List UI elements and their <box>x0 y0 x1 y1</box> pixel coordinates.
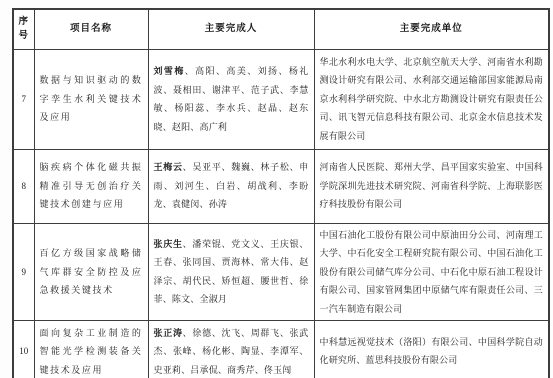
awards-table: 序号 项目名称 主要完成人 主要完成单位 7 数据与知识驱动的数字孪生水利关键技… <box>12 8 550 378</box>
project-name-cell: 数据与知识驱动的数字孪生水利关键技术及应用 <box>34 49 148 149</box>
col-header-units: 主要完成单位 <box>314 9 549 49</box>
contributors-cell: 张正涛、徐德、沈飞、周群飞、张武杰、张峰、杨化彬、陶显、李潭军、史亚莉、吕承侃、… <box>148 321 314 378</box>
col-header-contributors: 主要完成人 <box>148 9 314 49</box>
table-row: 7 数据与知识驱动的数字孪生水利关键技术及应用 刘雪梅、高阳、高美、刘扬、杨礼波… <box>13 49 549 149</box>
lead-contributor: 张正涛 <box>154 328 183 338</box>
units-cell: 中国石油化工股份有限公司中原油田分公司、河南理工大学、中石化安全工程研究院有限公… <box>314 223 549 321</box>
table-row: 10 面向复杂工业制造的智能光学检测装备关键技术及应用 张正涛、徐德、沈飞、周群… <box>13 321 549 378</box>
lead-contributor: 刘雪梅 <box>154 66 185 76</box>
project-name-cell: 脑疾病个体化磁共振精准引导无创治疗关键技术创建与应用 <box>34 149 148 223</box>
project-name-cell: 面向复杂工业制造的智能光学检测装备关键技术及应用 <box>34 321 148 378</box>
units-cell: 中科慧远视觉技术（洛阳）有限公司、中国科学院自动化研究所、蓝思科技股份有限公司 <box>314 321 549 378</box>
table-row: 9 百亿方级国家战略储气库群安全防控及应急救援关键技术 张庆生、潘荣锟、党文义、… <box>13 223 549 321</box>
document-page: 序号 项目名称 主要完成人 主要完成单位 7 数据与知识驱动的数字孪生水利关键技… <box>0 0 553 378</box>
col-header-seq: 序号 <box>13 9 34 49</box>
lead-contributor: 王梅云 <box>154 162 183 172</box>
lead-contributor: 张庆生 <box>154 239 183 249</box>
row-number: 9 <box>13 223 34 321</box>
table-row: 8 脑疾病个体化磁共振精准引导无创治疗关键技术创建与应用 王梅云、吴亚平、魏巍、… <box>13 149 549 223</box>
header-row: 序号 项目名称 主要完成人 主要完成单位 <box>13 9 549 49</box>
units-cell: 河南省人民医院、郑州大学、昌平国家实验室、中国科学院深圳先进技术研究院、河南省科… <box>314 149 549 223</box>
contributors-cell: 刘雪梅、高阳、高美、刘扬、杨礼波、聂相田、谢津平、范子武、李慧敏、杨阳蕊、李水兵… <box>148 49 314 149</box>
project-name-cell: 百亿方级国家战略储气库群安全防控及应急救援关键技术 <box>34 223 148 321</box>
row-number: 8 <box>13 149 34 223</box>
row-number: 10 <box>13 321 34 378</box>
contributors-cell: 张庆生、潘荣锟、党文义、王庆银、王春、张同国、贾海林、常大伟、赵泽宗、胡代民、矫… <box>148 223 314 321</box>
row-number: 7 <box>13 49 34 149</box>
units-cell: 华北水利水电大学、北京航空航天大学、河南省水利勘测设计研究有限公司、水利部交通运… <box>314 49 549 149</box>
contributors-cell: 王梅云、吴亚平、魏巍、林子松、申雨、刘河生、白岩、胡战利、李盼龙、袁健闵、孙涛 <box>148 149 314 223</box>
col-header-project: 项目名称 <box>34 9 148 49</box>
